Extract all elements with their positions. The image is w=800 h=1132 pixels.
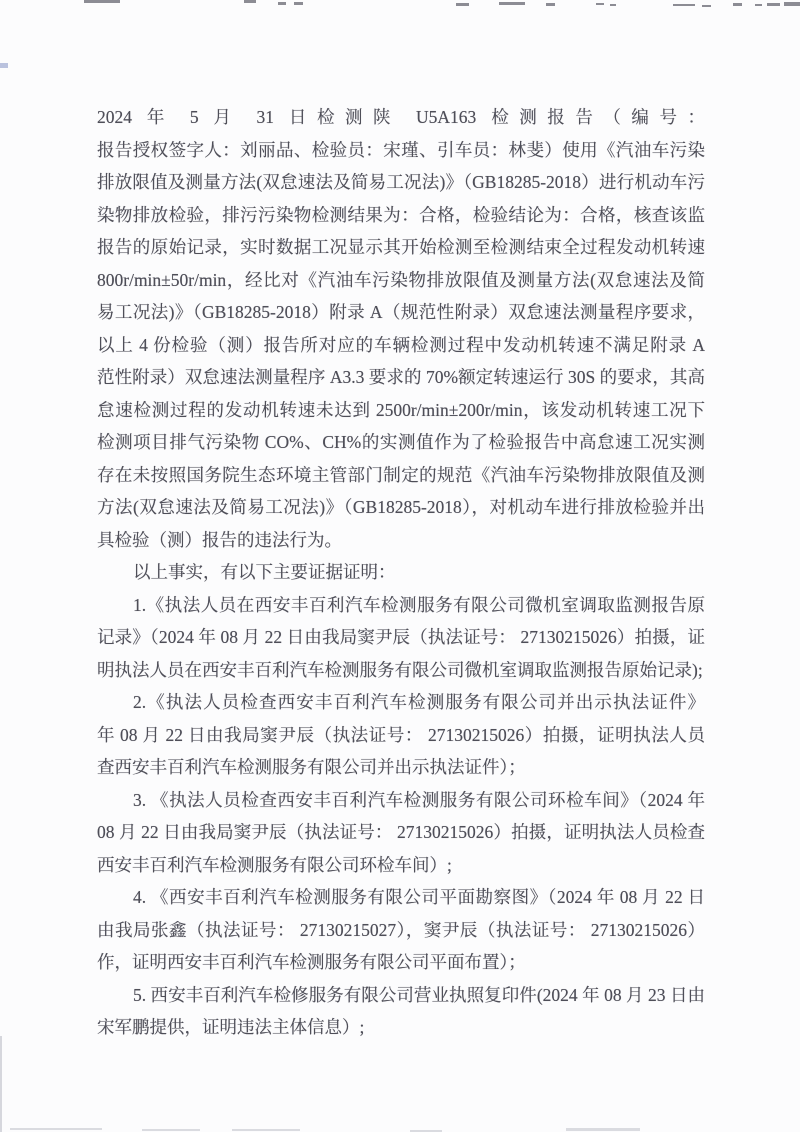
scan-artifact [755,4,762,6]
scan-artifact [0,63,8,68]
document-text-block: 2024 年 5 月 31 日检测陕 U5A163 检测报告（编号： 61019… [97,101,705,1044]
text-line: 排放限值及测量方法(双怠速法及简易工况法)》（GB18285-2018）进行机动… [97,166,705,199]
text-line: 以上事实，有以下主要证据证明： [97,556,705,589]
text-line: 西安丰百利汽车检测服务有限公司环检车间）; [97,849,705,882]
scan-artifact [232,1129,300,1131]
text-line: 宋军鹏提供，证明违法主体信息）; [97,1011,705,1044]
text-line: 2.《执法人员检查西安丰百利汽车检测服务有限公司并出示执法证件》(2024 [97,686,705,719]
text-line: 方法(双怠速法及简易工况法)》（GB18285-2018），对机动车进行排放检验… [97,491,705,524]
scan-artifact [142,1129,200,1131]
scan-artifact [0,1036,2,1132]
scan-artifact [456,3,469,6]
text-line: 年 08 月 22 日由我局窦尹辰（执法证号： 27130215026）拍摄，证… [97,719,705,752]
text-line: 具检验（测）报告的违法行为。 [97,524,705,557]
text-line: 易工况法)》（GB18285-2018）附录 A（规范性附录）双怠速法测量程序要… [97,296,705,329]
text-line: 由我局张鑫（执法证号： 27130215027），窦尹辰（执法证号： 27130… [97,914,705,947]
scan-artifact [294,2,303,5]
text-line: 报告的原始记录，实时数据工况显示其开始检测至检测结束全过程发动机转速为 [97,231,705,264]
text-line: 查西安丰百利汽车检测服务有限公司并出示执法证件）； [97,751,705,784]
scan-artifact [702,5,711,7]
text-line: 怠速检测过程的发动机转速未达到 2500r/min±200r/min，该发动机转… [97,394,705,427]
text-line: 报告授权签字人：刘丽品、检验员：宋瑾、引车员：林斐）使用《汽油车污染物 [97,134,705,167]
scan-artifact [673,4,695,6]
scan-artifact [244,0,256,3]
text-line: 检测项目排气污染物 CO%、CH%的实测值作为了检验报告中高怠速工况实测值。 [97,426,705,459]
scan-artifact [10,1128,102,1130]
scan-artifact [278,2,286,5]
text-line: 800r/min±50r/min，经比对《汽油车污染物排放限值及测量方法(双怠速… [97,264,705,297]
document-page: 2024 年 5 月 31 日检测陕 U5A163 检测报告（编号： 61019… [0,0,800,1132]
text-line: 08 月 22 日由我局窦尹辰（执法证号： 27130215026）拍摄，证明执… [97,816,705,849]
scan-artifact [767,3,780,6]
text-line: 4. 《西安丰百利汽车检测服务有限公司平面勘察图》（2024 年 08 月 22… [97,881,705,914]
text-line: 3. 《执法人员检查西安丰百利汽车检测服务有限公司环检车间》（2024 年 [97,784,705,817]
text-line: 记录》（2024 年 08 月 22 日由我局窦尹辰（执法证号： 2713021… [97,621,705,654]
scan-artifact [499,2,525,5]
text-line: 1.《执法人员在西安丰百利汽车检测服务有限公司微机室调取监测报告原始 [97,589,705,622]
scan-artifact [566,1128,640,1131]
text-line: 染物排放检验，排污污染物检测结果为：合格，检验结论为：合格，核查该监测 [97,199,705,232]
scan-artifact [610,4,616,6]
text-line: 5. 西安丰百利汽车检修服务有限公司营业执照复印件(2024 年 08 月 23… [97,979,705,1012]
scan-artifact [546,3,555,6]
text-line: 2024 年 5 月 31 日检测陕 U5A163 检测报告（编号： 61019… [97,101,705,134]
text-line: 明执法人员在西安丰百利汽车检测服务有限公司微机室调取监测报告原始记录); [97,654,705,687]
scan-artifact [596,3,604,5]
scan-artifact [733,3,742,6]
scan-artifact [84,0,120,3]
scan-artifact [784,2,800,6]
text-line: 作，证明西安丰百利汽车检测服务有限公司平面布置）； [97,946,705,979]
text-line: 存在未按照国务院生态环境主管部门制定的规范《汽油车污染物排放限值及测量 [97,459,705,492]
text-line: 范性附录）双怠速法测量程序 A3.3 要求的 70%额定转速运行 30S 的要求… [97,361,705,394]
text-line: 以上 4 份检验（测）报告所对应的车辆检测过程中发动机转速不满足附录 A（规 [97,329,705,362]
